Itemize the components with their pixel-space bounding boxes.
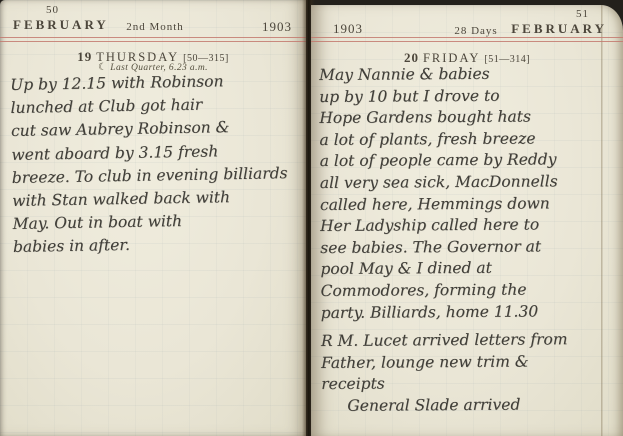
right-month-label: FEBRUARY [511, 21, 607, 37]
left-diary-entry: Up by 12.15 with Robinson lunched at Clu… [10, 69, 289, 259]
diary-entry-line: breeze. To club in evening billiards [12, 162, 288, 190]
diary-entry-line: up by 10 but I drove to [319, 85, 566, 108]
diary-entry-line: Hope Gardens bought hats [319, 106, 566, 129]
right-diary-entry: May Nannie & babies up by 10 but I drove… [319, 63, 568, 417]
left-page-number: 50 [46, 4, 59, 16]
diary-left-page: 50 FEBRUARY 2nd Month 1903 19 THURSDAY [… [0, 0, 306, 436]
left-month-note: 2nd Month [95, 21, 215, 33]
diary-entry-line: receipts [321, 373, 568, 396]
left-year-label: 1903 [262, 19, 292, 35]
left-red-rule-bottom [0, 41, 306, 42]
diary-entry-line: called here, Hemmings down [320, 193, 567, 216]
diary-entry-line: pool May & I dined at [320, 258, 567, 281]
diary-entry-line: Father, lounge new trim & [321, 351, 568, 374]
diary-entry-line: R M. Lucet arrived letters from [321, 329, 568, 352]
diary-entry-line: party. Billiards, home 11.30 [321, 301, 568, 324]
page-edge-crease [601, 5, 603, 436]
diary-entry-line: Her Ladyship called here to [320, 214, 567, 237]
diary-entry-line: babies in after. [13, 232, 289, 260]
right-day-number: 20 [404, 50, 419, 65]
diary-entry-line: all very sea sick, MacDonnells [320, 171, 567, 194]
diary-entry-line: Commodores, forming the [321, 279, 568, 302]
left-red-rule-top [0, 37, 306, 38]
diary-entry-line: a lot of people came by Reddy [320, 150, 567, 173]
diary-entry-line: a lot of plants, fresh breeze [319, 128, 566, 151]
diary-right-page: 51 1903 28 Days FEBRUARY 20 FRIDAY [51—3… [311, 5, 623, 436]
right-red-rule-top [311, 37, 623, 38]
diary-entry-line: General Slade arrived [321, 394, 568, 417]
diary-entry-line: see babies. The Governor at [320, 236, 567, 259]
right-year-label: 1903 [333, 21, 363, 37]
right-page-number: 51 [576, 8, 589, 20]
right-red-rule-bottom [311, 41, 623, 42]
diary-photo: 50 FEBRUARY 2nd Month 1903 19 THURSDAY [… [0, 0, 623, 436]
right-day-name: FRIDAY [423, 51, 480, 65]
diary-entry-line: May Nannie & babies [319, 63, 566, 86]
